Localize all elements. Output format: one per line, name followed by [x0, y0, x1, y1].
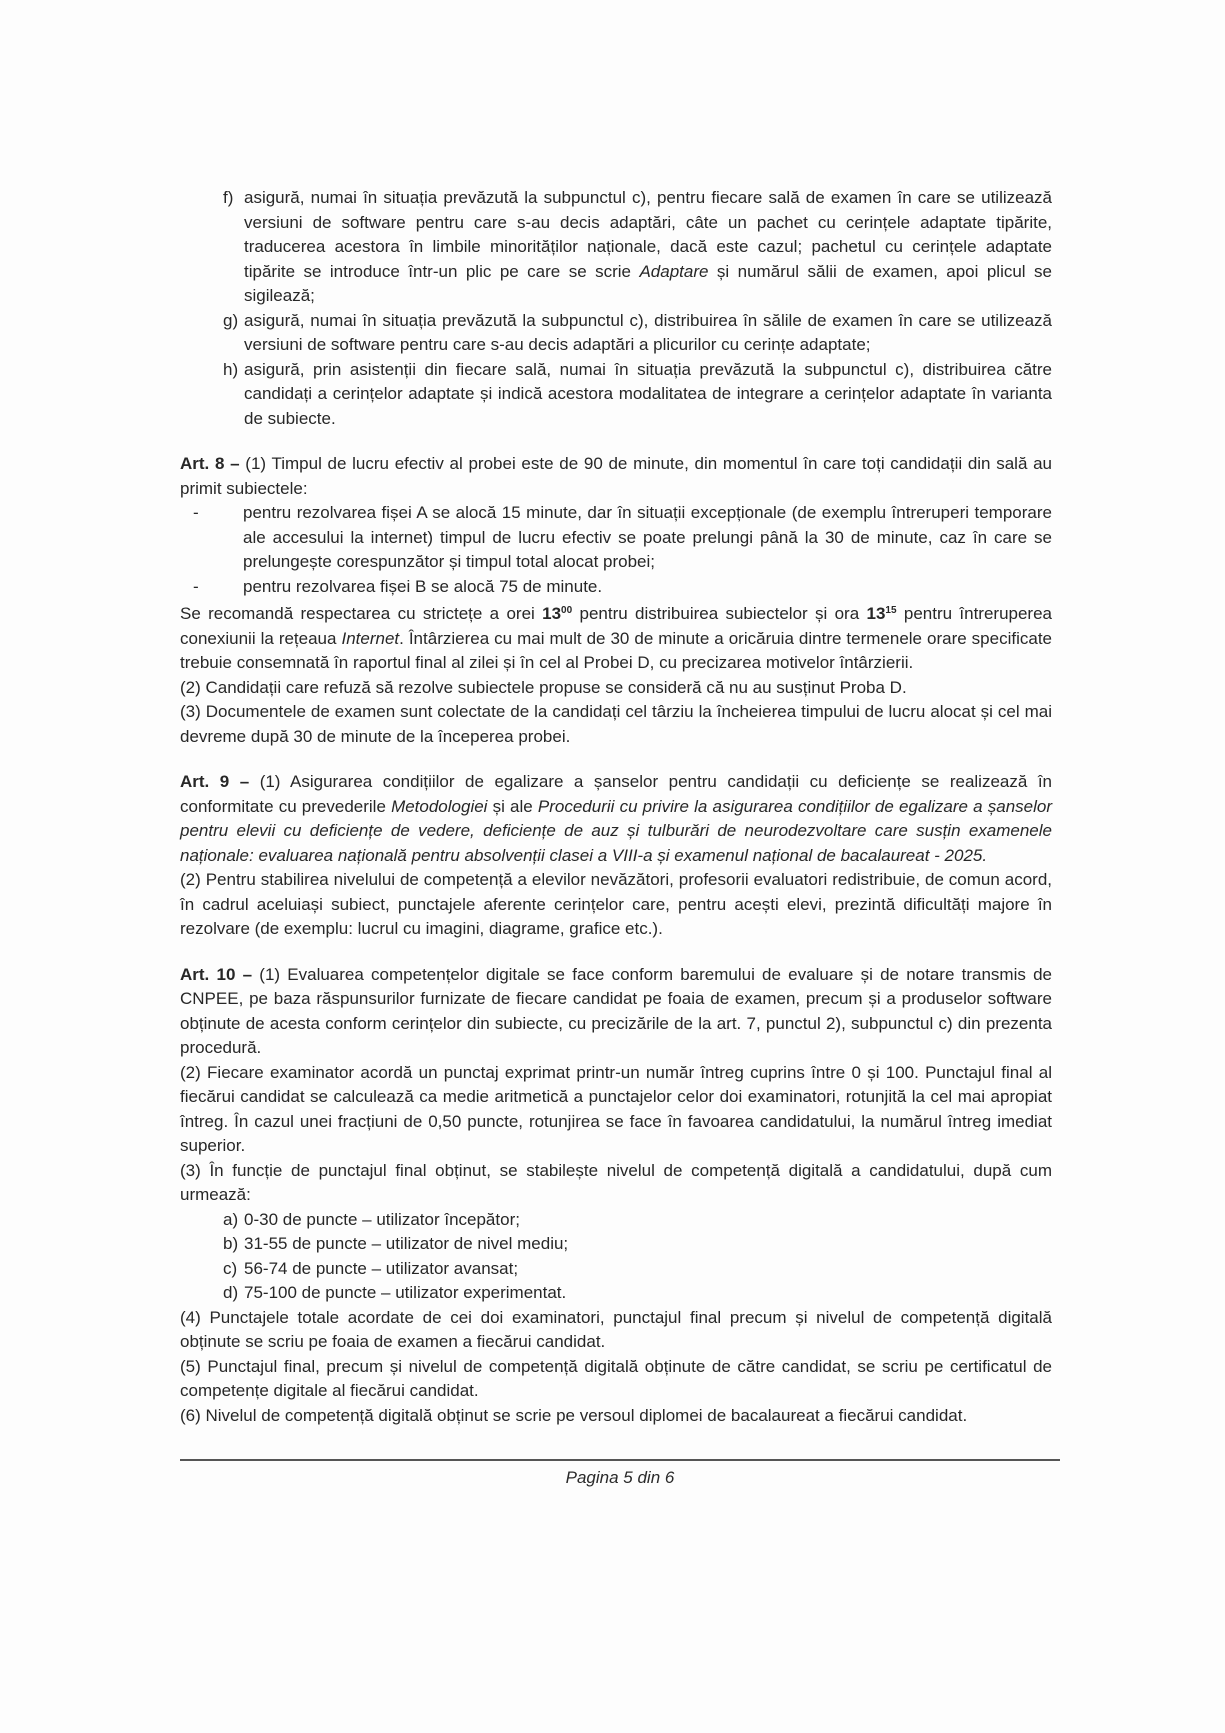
text-run: (4) Punctajele totale acordate de cei do…	[180, 1308, 1052, 1352]
list-marker: -	[193, 575, 199, 600]
paragraph: Art. 10 – (1) Evaluarea competențelor di…	[180, 963, 1052, 1061]
paragraph: (2) Pentru stabilirea nivelului de compe…	[180, 868, 1052, 942]
text-run: (2) Candidații care refuză să rezolve su…	[180, 678, 907, 697]
list-item: -pentru rezolvarea fișei B se alocă 75 d…	[180, 575, 1052, 600]
text-run: 13	[867, 604, 886, 623]
text-run: asigură, prin asistenții din fiecare sal…	[244, 360, 1052, 428]
text-run: 15	[885, 605, 896, 616]
paragraph: (6) Nivelul de competență digitală obțin…	[180, 1404, 1052, 1429]
paragraph: (3) Documentele de examen sunt colectate…	[180, 700, 1052, 749]
text-run: pentru rezolvarea fișei B se alocă 75 de…	[243, 577, 602, 596]
list-item: h)asigură, prin asistenții din fiecare s…	[180, 358, 1052, 432]
document-page: f)asigură, numai în situația prevăzută l…	[0, 0, 1225, 1733]
text-run: Art. 10 –	[180, 965, 259, 984]
paragraph: Art. 8 – (1) Timpul de lucru efectiv al …	[180, 452, 1052, 501]
paragraph: Art. 9 – (1) Asigurarea condițiilor de e…	[180, 770, 1052, 868]
paragraph: (3) În funcție de punctajul final obținu…	[180, 1159, 1052, 1208]
paragraph: Se recomandă respectarea cu strictețe a …	[180, 599, 1052, 676]
text-run: (2) Fiecare examinator acordă un punctaj…	[180, 1063, 1052, 1156]
text-run: Metodologiei	[391, 797, 487, 816]
paragraph: (5) Punctajul final, precum și nivelul d…	[180, 1355, 1052, 1404]
text-run: 0-30 de puncte – utilizator începător;	[244, 1210, 520, 1229]
list-marker: f)	[223, 186, 233, 211]
text-run: (1) Evaluarea competențelor digitale se …	[180, 965, 1052, 1058]
text-run: (2) Pentru stabilirea nivelului de compe…	[180, 870, 1052, 938]
paragraph: (2) Candidații care refuză să rezolve su…	[180, 676, 1052, 701]
text-run: (1) Timpul de lucru efectiv al probei es…	[180, 454, 1052, 498]
page-footer: Pagina 5 din 6	[180, 1459, 1060, 1490]
list-item: c)56-74 de puncte – utilizator avansat;	[180, 1257, 1052, 1282]
list-marker: d)	[223, 1281, 238, 1306]
text-run: pentru distribuirea subiectelor și ora	[572, 604, 866, 623]
text-run: 31-55 de puncte – utilizator de nivel me…	[244, 1234, 568, 1253]
list-item: f)asigură, numai în situația prevăzută l…	[180, 186, 1052, 309]
list-marker: c)	[223, 1257, 237, 1282]
text-run: asigură, numai în situația prevăzută la …	[244, 311, 1052, 355]
list-item: b)31-55 de puncte – utilizator de nivel …	[180, 1232, 1052, 1257]
text-run: Se recomandă respectarea cu strictețe a …	[180, 604, 542, 623]
paragraph: (2) Fiecare examinator acordă un punctaj…	[180, 1061, 1052, 1159]
list-marker: g)	[223, 309, 238, 334]
list-marker: b)	[223, 1232, 238, 1257]
text-run: și ale	[487, 797, 537, 816]
text-run: 00	[561, 605, 572, 616]
list-item: a)0-30 de puncte – utilizator începător;	[180, 1208, 1052, 1233]
page-number: Pagina 5 din 6	[180, 1466, 1060, 1490]
list-item: g)asigură, numai în situația prevăzută l…	[180, 309, 1052, 358]
text-run: (3) În funcție de punctajul final obținu…	[180, 1161, 1052, 1205]
text-run: 13	[542, 604, 561, 623]
text-run: 56-74 de puncte – utilizator avansat;	[244, 1259, 518, 1278]
text-run: Art. 9 –	[180, 772, 260, 791]
text-run: (3) Documentele de examen sunt colectate…	[180, 702, 1052, 746]
list-marker: -	[193, 501, 199, 526]
list-item: d)75-100 de puncte – utilizator experime…	[180, 1281, 1052, 1306]
document-body: f)asigură, numai în situația prevăzută l…	[180, 186, 1052, 1428]
text-run: (6) Nivelul de competență digitală obțin…	[180, 1406, 967, 1425]
text-run: Adaptare	[639, 262, 708, 281]
text-run: (5) Punctajul final, precum și nivelul d…	[180, 1357, 1052, 1401]
footer-divider	[180, 1459, 1060, 1461]
list-marker: a)	[223, 1208, 238, 1233]
text-run: Internet	[341, 629, 399, 648]
text-run: 75-100 de puncte – utilizator experiment…	[244, 1283, 566, 1302]
paragraph: (4) Punctajele totale acordate de cei do…	[180, 1306, 1052, 1355]
list-marker: h)	[223, 358, 238, 383]
text-run: pentru rezolvarea fișei A se alocă 15 mi…	[243, 503, 1052, 571]
text-run: Art. 8 –	[180, 454, 245, 473]
list-item: -pentru rezolvarea fișei A se alocă 15 m…	[180, 501, 1052, 575]
